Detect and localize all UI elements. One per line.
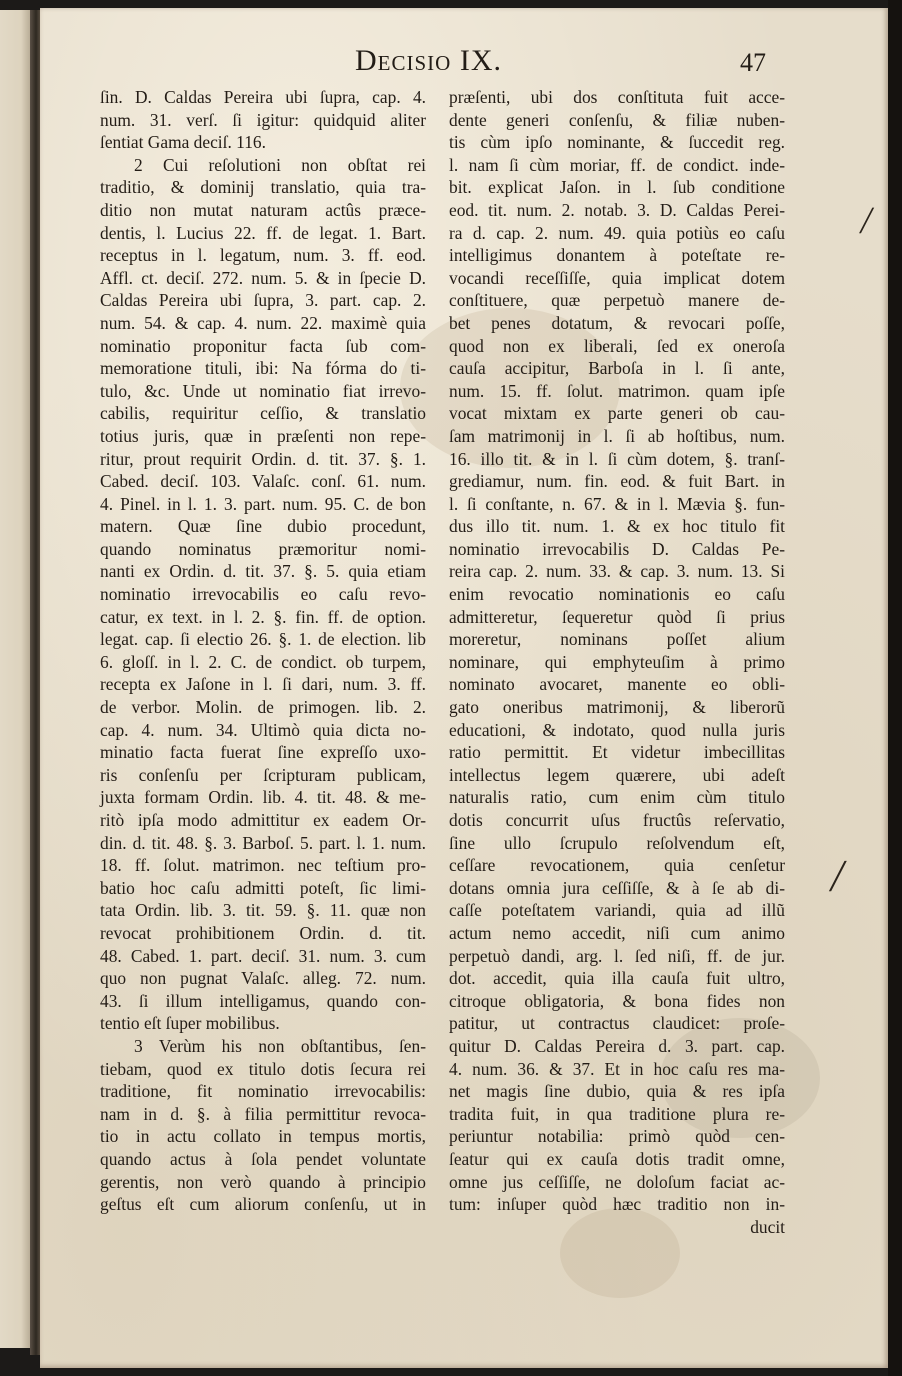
text-line: ra d. cap. 2. num. 49. quia potiùs eo ca… [449,222,785,245]
running-head: Decisio IX. 47 [40,44,888,84]
right-column: præſenti, ubi dos conſtituta fuit acce- … [449,86,785,1238]
text-line: nominatio irrevocabilis D. Caldas Pe- [449,538,785,561]
text-line: nominatio irrevocabilis eo caſu revo- [100,583,426,606]
text-line: nominare, qui emphyteuſim à primo [449,651,785,674]
text-line: ſeatur qui ex cauſa dotis tradit omne, [449,1148,785,1171]
text-line: intelligimus donantem à poteſtate re- [449,244,785,267]
left-column: ſin. D. Caldas Pereira ubi ſupra, cap. 4… [100,86,426,1216]
text-line: citroque obligatoria, & bona fides non [449,990,785,1013]
text-line: patitur, ut contractus claudicet: proſe- [449,1012,785,1035]
text-line: num. 31. verſ. ſi igitur: quidquid alite… [100,109,426,132]
text-line: 18. ff. ſolut. matrimon. nec teſtium pro… [100,854,426,877]
text-line: 16. illo tit. & in l. ſi cùm dotem, §. t… [449,448,785,471]
text-line: bit. explicat Jaſon. in l. ſub condition… [449,176,785,199]
text-line: num. 15. ff. ſolut. matrimon. quam ipſe [449,380,785,403]
catchword: ducit [449,1216,785,1239]
text-line: nominato avocaret, manente eo obli- [449,673,785,696]
text-line: ritur, prout requirit Ordin. d. tit. 37.… [100,448,426,471]
text-line: quando nominatus præmoritur nomi- [100,538,426,561]
page-number: 47 [740,48,766,78]
text-line: l. nam ſi cùm moriar, ff. de condict. in… [449,154,785,177]
text-line: ſine ullo ſcrupulo reſolvendum eſt, [449,832,785,855]
text-line: educationi, & indotato, quod nulla juris [449,719,785,742]
text-line: eod. tit. num. 2. notab. 3. D. Caldas Pe… [449,199,785,222]
text-line: dentis, l. Lucius 22. ff. de legat. 1. B… [100,222,426,245]
text-line: nominatio proponitur facta ſub com- [100,335,426,358]
text-line: quo non pugnat Valaſc. alleg. 72. num. [100,967,426,990]
text-line: legat. cap. ſi electio 26. §. 1. de elec… [100,628,426,651]
text-line: omne jus ceſſiſſe, ne doloſum faciat ac- [449,1171,785,1194]
paragraph-start-2: 2 Cui reſolutioni non obſtat rei [100,154,426,177]
text-line: 6. gloſſ. in l. 2. C. de condict. ob tur… [100,651,426,674]
text-line: ceſſare revocationem, quia cenſetur [449,854,785,877]
previous-page-edge [0,10,30,1348]
text-line: tio in actu collato in tempus mortis, [100,1125,426,1148]
text-line: admitteretur, ſequeretur quòd ſi prius [449,606,785,629]
text-line: cabilis, requiritur ceſſio, & translatio [100,402,426,425]
text-line: quitur D. Caldas Pereira d. 3. part. cap… [449,1035,785,1058]
text-line: tiebam, quod ex titulo dotis ſecura rei [100,1058,426,1081]
text-line: receptus in l. legatum, num. 3. ff. eod. [100,244,426,267]
text-line: num. 54. & cap. 4. num. 22. maximè quia [100,312,426,335]
text-line: gerentis, non verò quando à principio [100,1171,426,1194]
text-line: 48. Cabed. 1. part. deciſ. 31. num. 3. c… [100,945,426,968]
text-line: nanti ex Ordin. d. tit. 37. §. 5. quia e… [100,560,426,583]
text-line: de verbor. Molin. de primogen. lib. 2. [100,696,426,719]
text-line: matern. Quæ ſine dubio procedunt, [100,515,426,538]
text-line: din. d. tit. 48. §. 3. Barboſ. 5. part. … [100,832,426,855]
text-line: juxta formam Ordin. lib. 4. tit. 48. & m… [100,786,426,809]
text-line: enim revocatio nominationis eo caſu [449,583,785,606]
text-line: dente generi conſenſu, & filiæ nuben- [449,109,785,132]
ink-mark: ╱ [860,208,873,234]
text-line: memoratione tituli, ibi: Na fórma do ti- [100,357,426,380]
text-line: perpetuò dandi, arg. l. ſed niſi, ff. de… [449,945,785,968]
text-line: ſentiat Gama deciſ. 116. [100,131,426,154]
text-line: traditione, fit nominatio irrevocabilis: [100,1080,426,1103]
text-line: bet penes dotatum, & revocari poſſe, [449,312,785,335]
text-line: Caldas Pereira ubi ſupra, 3. part. cap. … [100,289,426,312]
text-line: l. ſi conſtante, n. 67. & in l. Mævia §.… [449,493,785,516]
text-line: conſtituere, quæ perpetuò manere de- [449,289,785,312]
text-line: totius juris, quæ in præſenti non repe- [100,425,426,448]
text-line: ritò ipſa modo admittitur ex eadem Or- [100,809,426,832]
running-head-title: Decisio IX. [355,44,502,78]
text-line: tum: inſuper quòd hæc traditio non in- [449,1193,785,1216]
text-line: vocat mixtam ex parte generi ob cau- [449,402,785,425]
text-line: batio hoc caſu admitti poteſt, ſic limi- [100,877,426,900]
text-line: catur, ex text. in l. 2. §. fin. ff. de … [100,606,426,629]
text-line: præſenti, ubi dos conſtituta fuit acce- [449,86,785,109]
text-line: tradita fuit, in qua traditione plura re… [449,1103,785,1126]
text-line: net magis ſine dubio, quia & res ipſa [449,1080,785,1103]
text-line: quod non ex liberali, ſed ex oneroſa [449,335,785,358]
text-line: periuntur notabilia: primò quòd cen- [449,1125,785,1148]
text-line: ratio permittit. Et videtur imbecillitas [449,741,785,764]
text-line: dus illo tit. num. 1. & ex hoc titulo fi… [449,515,785,538]
text-line: cauſa accipitur, Barboſa in l. ſi ante, [449,357,785,380]
text-line: tis cùm ipſo nominante, & ſuccedit reg. [449,131,785,154]
text-line: ditio non mutat naturam actûs præce- [100,199,426,222]
text-line: intellectus legem quærere, ubi adeſt [449,764,785,787]
text-line: Cabed. deciſ. 103. Valaſc. conſ. 61. num… [100,470,426,493]
text-line: ſam matrimonij in l. ſi ab hoſtibus, num… [449,425,785,448]
text-line: cap. 4. num. 34. Ultimò quia dicta no- [100,719,426,742]
text-line: nam in d. §. à filia permittitur revoca- [100,1103,426,1126]
text-line: tentio eſt ſuper mobilibus. [100,1012,426,1035]
text-line: reira cap. 2. num. 33. & cap. 3. num. 13… [449,560,785,583]
text-line: 4. Pinel. in l. 1. 3. part. num. 95. C. … [100,493,426,516]
text-line: vocandi receſſiſſe, quia implicat dotem [449,267,785,290]
paragraph-start-3: 3 Verùm his non obſtantibus, ſen- [100,1035,426,1058]
text-line: ris conſenſu per ſcripturam publicam, [100,764,426,787]
text-line: Affl. ct. deciſ. 272. num. 5. & in ſpeci… [100,267,426,290]
text-line: moreretur, nominans poſſet alium [449,628,785,651]
text-line: traditio, & dominij translatio, quia tra… [100,176,426,199]
text-line: quando actus à ſola pendet voluntate [100,1148,426,1171]
text-line: dotis concurrit uſus fructûs reſervatio, [449,809,785,832]
text-line: ſin. D. Caldas Pereira ubi ſupra, cap. 4… [100,86,426,109]
text-line: 43. ſi illum intelligamus, quando con- [100,990,426,1013]
text-line: grediamur, num. fin. eod. & fuit Bart. i… [449,470,785,493]
text-line: recepta ex Jaſone in l. ſi dari, num. 3.… [100,673,426,696]
text-line: tulo, &c. Unde ut nominatio fiat irrevo- [100,380,426,403]
ink-mark: ╱ [830,862,846,892]
text-line: actum nemo accedit, niſi cum animo [449,922,785,945]
text-line: caſſe poteſtatem variandi, quia ad illũ [449,899,785,922]
text-line: geſtus eſt cum aliorum conſenſu, ut in [100,1193,426,1216]
text-line: dotans omnia jura ceſſiſſe, & à ſe ab di… [449,877,785,900]
page-edge-shadow [888,0,902,1376]
text-line: naturalis ratio, cum enim cùm titulo [449,786,785,809]
text-line: revocat prohibitionem Ordin. d. tit. [100,922,426,945]
text-line: gato oneribus matrimonij, & liberorũ [449,696,785,719]
text-line: dot. accedit, quia illa cauſa fuit ultro… [449,967,785,990]
text-line: tata Ordin. lib. 3. tit. 59. §. 11. quæ … [100,899,426,922]
book-gutter [30,10,40,1355]
text-line: minatio facta fuerat ſine expreſſo uxo- [100,741,426,764]
text-line: 4. num. 36. & 37. Et in hoc caſu res ma- [449,1058,785,1081]
